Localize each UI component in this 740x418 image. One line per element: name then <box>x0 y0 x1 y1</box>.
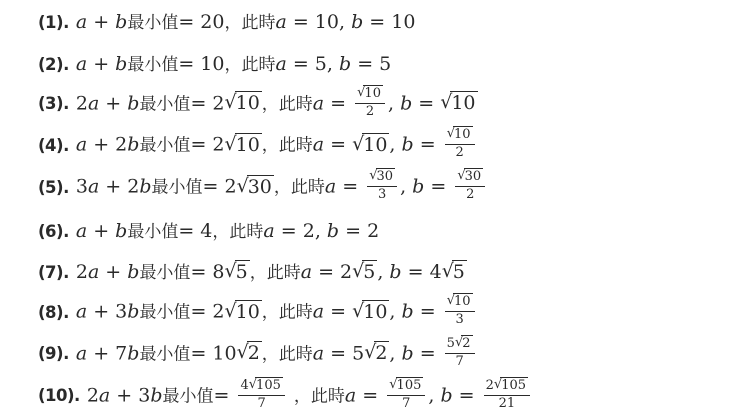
radical-sign-icon: √ <box>357 86 365 101</box>
item-number-label: (4). <box>38 136 69 155</box>
math-variable: a <box>263 220 274 242</box>
math-text: , <box>389 301 401 323</box>
answer-line-content: (3).2a + b最小值= 2√10，此時a = √102, b = √10 <box>38 87 478 122</box>
chinese-text: 最小值 <box>152 178 203 198</box>
math-variable: a <box>313 301 324 323</box>
radicand: 10 <box>453 126 473 143</box>
chinese-text: ，此時 <box>224 13 275 33</box>
answer-line: (10).2a + 3b最小值= 4√1057 ，此時a = √1057, b … <box>38 375 740 417</box>
item-number-label: (2). <box>38 55 69 74</box>
chinese-text: 最小值 <box>127 55 178 75</box>
radicand: 10 <box>453 293 473 310</box>
math-text: = <box>336 176 364 198</box>
math-text: = <box>412 92 440 114</box>
square-root: √30 <box>457 168 483 185</box>
radicand: 10 <box>235 300 262 324</box>
radicand: 105 <box>255 377 283 394</box>
answer-line-content: (1).a + b最小值= 20，此時a = 10, b = 10 <box>38 8 415 33</box>
math-variable: a <box>76 11 87 33</box>
math-text: = 2 <box>203 176 237 198</box>
math-text: 2 <box>486 378 494 393</box>
math-variable: b <box>150 384 162 406</box>
math-variable: b <box>351 11 363 33</box>
math-text: = 2 <box>312 261 352 283</box>
chinese-text: 最小值 <box>163 386 214 406</box>
math-text: = 10 <box>190 342 236 364</box>
fraction-denominator: 7 <box>445 354 475 370</box>
math-text: , <box>388 92 400 114</box>
math-text: = <box>414 342 442 364</box>
radical-sign-icon: √ <box>457 169 465 184</box>
math-variable: a <box>76 301 87 323</box>
square-root: √2 <box>455 335 473 352</box>
math-text: + 3 <box>87 301 127 323</box>
answer-line: (1).a + b最小值= 20，此時a = 10, b = 10 <box>38 0 740 42</box>
chinese-text: ，此時 <box>274 178 325 198</box>
math-text: = 5, <box>287 53 339 75</box>
math-variable: b <box>339 53 351 75</box>
fraction-numerator: √30 <box>455 168 485 187</box>
math-text: = <box>324 301 352 323</box>
answer-line: (2).a + b最小值= 10，此時a = 5, b = 5 <box>38 42 740 84</box>
math-text: = 2, <box>275 220 327 242</box>
fraction: √102 <box>355 85 385 120</box>
radical-sign-icon: √ <box>455 336 463 351</box>
math-text: = 2 <box>339 220 379 242</box>
math-variable: a <box>275 53 286 75</box>
math-text: , <box>389 134 401 156</box>
radical-sign-icon: √ <box>442 260 454 282</box>
math-variable: b <box>402 301 414 323</box>
math-variable: a <box>275 11 286 33</box>
chinese-text: ，此時 <box>262 94 313 114</box>
item-number-label: (6). <box>38 222 69 241</box>
math-variable: b <box>327 220 339 242</box>
math-text: 2 <box>76 92 88 114</box>
math-variable: a <box>345 384 356 406</box>
math-text: , <box>400 176 412 198</box>
radicand: 2 <box>247 341 262 365</box>
radical-sign-icon: √ <box>352 260 364 282</box>
chinese-text: 最小值 <box>139 136 190 156</box>
square-root: √10 <box>447 293 473 310</box>
math-text: = 10, <box>287 11 351 33</box>
math-text: 5 <box>447 336 455 351</box>
math-text: + 7 <box>87 342 127 364</box>
radical-sign-icon: √ <box>237 175 249 197</box>
chinese-text: 最小值 <box>127 13 178 33</box>
item-number-label: (10). <box>38 386 80 405</box>
answer-line: (7).2a + b最小值= 8√5，此時a = 2√5, b = 4√5 <box>38 250 740 292</box>
radicand: 105 <box>396 377 424 394</box>
math-text: 21 <box>499 396 516 411</box>
math-text: 3 <box>455 312 463 327</box>
math-text: + <box>87 53 115 75</box>
fraction-numerator: √10 <box>445 126 475 145</box>
math-variable: b <box>440 384 452 406</box>
math-variable: b <box>127 301 139 323</box>
math-variable: b <box>127 92 139 114</box>
chinese-text: ，此時 <box>262 136 313 156</box>
fraction-denominator: 2 <box>355 104 385 120</box>
math-text: = 10 <box>363 11 415 33</box>
answer-line-content: (10).2a + 3b最小值= 4√1057 ，此時a = √1057, b … <box>38 379 533 414</box>
fraction-numerator: √105 <box>387 377 425 396</box>
chinese-text: 最小值 <box>139 263 190 283</box>
radical-sign-icon: √ <box>352 300 364 322</box>
item-number-label: (7). <box>38 263 69 282</box>
square-root: √2 <box>237 341 262 365</box>
math-variable: a <box>313 342 324 364</box>
square-root: √30 <box>369 168 395 185</box>
fraction: √1057 <box>387 377 425 412</box>
radical-sign-icon: √ <box>352 133 364 155</box>
math-variable: a <box>301 261 312 283</box>
answer-line-content: (9).a + 7b最小值= 10√2，此時a = 5√2, b = 5√27 <box>38 337 478 372</box>
math-variable: b <box>127 261 139 283</box>
radicand: 10 <box>362 300 389 324</box>
math-text: = 4 <box>178 220 212 242</box>
square-root: √10 <box>440 91 477 115</box>
math-text: + 2 <box>87 134 127 156</box>
math-text: = 20 <box>178 11 224 33</box>
math-variable: a <box>76 342 87 364</box>
fraction-denominator: 7 <box>238 396 284 412</box>
fraction-denominator: 21 <box>484 396 530 412</box>
fraction-numerator: 2√105 <box>484 377 530 396</box>
math-variable: b <box>402 342 414 364</box>
square-root: √10 <box>352 133 389 157</box>
radicand: 5 <box>235 260 250 284</box>
chinese-text: 最小值 <box>139 344 190 364</box>
fraction-denominator: 7 <box>387 396 425 412</box>
radical-sign-icon: √ <box>494 378 502 393</box>
math-variable: a <box>76 220 87 242</box>
square-root: √10 <box>352 300 389 324</box>
radicand: 2 <box>374 341 389 365</box>
math-text: = 10 <box>178 53 224 75</box>
radicand: 5 <box>362 260 377 284</box>
radicand: 10 <box>450 91 477 115</box>
answer-line-content: (6).a + b最小值= 4，此時a = 2, b = 2 <box>38 217 379 242</box>
math-text: 7 <box>455 354 463 369</box>
radical-sign-icon: √ <box>389 378 397 393</box>
math-variable: b <box>400 92 412 114</box>
item-number-label: (5). <box>38 178 69 197</box>
math-text: 2 <box>87 384 99 406</box>
math-variable: a <box>325 176 336 198</box>
radical-sign-icon: √ <box>225 91 237 113</box>
radicand: 10 <box>363 85 383 102</box>
math-text: = 2 <box>190 92 224 114</box>
math-variable: b <box>139 176 151 198</box>
radicand: 10 <box>235 133 262 157</box>
item-number-label: (3). <box>38 94 69 113</box>
radical-sign-icon: √ <box>364 341 376 363</box>
math-variable: b <box>389 261 401 283</box>
fraction-denominator: 3 <box>367 187 397 203</box>
answer-sheet: (1).a + b最小值= 20，此時a = 10, b = 10(2).a +… <box>0 0 740 417</box>
fraction-numerator: √30 <box>367 168 397 187</box>
math-variable: b <box>412 176 424 198</box>
math-text: = <box>414 134 442 156</box>
math-text: , <box>377 261 389 283</box>
fraction: √303 <box>367 168 397 203</box>
square-root: √5 <box>352 260 377 284</box>
math-text: 2 <box>466 187 474 202</box>
square-root: √10 <box>357 85 383 102</box>
answer-line: (4).a + 2b最小值= 2√10，此時a = √10, b = √102 <box>38 125 740 167</box>
radical-sign-icon: √ <box>369 169 377 184</box>
answer-line-content: (5).3a + 2b最小值= 2√30，此時a = √303, b = √30… <box>38 170 488 205</box>
square-root: √10 <box>225 300 262 324</box>
math-text: 2 <box>455 145 463 160</box>
math-text: + 3 <box>110 384 150 406</box>
square-root: √105 <box>494 377 528 394</box>
square-root: √105 <box>249 377 283 394</box>
fraction-numerator: √10 <box>355 85 385 104</box>
math-text: 3 <box>76 176 88 198</box>
math-text: = <box>414 301 442 323</box>
math-text: = <box>324 134 352 156</box>
fraction-numerator: √10 <box>445 293 475 312</box>
math-text: + <box>87 220 115 242</box>
fraction: 4√1057 <box>238 377 284 412</box>
square-root: √30 <box>237 175 274 199</box>
math-variable: a <box>76 53 87 75</box>
square-root: √10 <box>447 126 473 143</box>
fraction: 2√10521 <box>484 377 530 412</box>
fraction-denominator: 2 <box>445 145 475 161</box>
math-variable: a <box>313 134 324 156</box>
chinese-text: ，此時 <box>250 263 301 283</box>
item-number-label: (9). <box>38 344 69 363</box>
math-variable: b <box>402 134 414 156</box>
answer-list: (1).a + b最小值= 20，此時a = 10, b = 10(2).a +… <box>38 0 740 417</box>
answer-line-content: (7).2a + b最小值= 8√5，此時a = 2√5, b = 4√5 <box>38 258 467 284</box>
chinese-text: ，此時 <box>262 303 313 323</box>
fraction-denominator: 2 <box>455 187 485 203</box>
math-text: = 2 <box>190 301 224 323</box>
answer-line-content: (2).a + b最小值= 10，此時a = 5, b = 5 <box>38 50 391 75</box>
radicand: 5 <box>452 260 467 284</box>
chinese-text: 最小值 <box>139 94 190 114</box>
math-text: + <box>99 92 127 114</box>
radical-sign-icon: √ <box>447 294 455 309</box>
fraction-numerator: 4√105 <box>238 377 284 396</box>
chinese-text: ，此時 <box>224 55 275 75</box>
fraction: √302 <box>455 168 485 203</box>
item-number-label: (1). <box>38 13 69 32</box>
square-root: √10 <box>225 133 262 157</box>
square-root: √5 <box>225 260 250 284</box>
answer-line: (5).3a + 2b最小值= 2√30，此時a = √303, b = √30… <box>38 167 740 209</box>
radicand: 10 <box>235 91 262 115</box>
math-text: + 2 <box>99 176 139 198</box>
math-text: = 4 <box>402 261 442 283</box>
math-text: = 5 <box>351 53 391 75</box>
fraction-numerator: 5√2 <box>445 335 475 354</box>
fraction-denominator: 3 <box>445 312 475 328</box>
square-root: √10 <box>225 91 262 115</box>
radical-sign-icon: √ <box>440 91 452 113</box>
answer-line-content: (8).a + 3b最小值= 2√10，此時a = √10, b = √103 <box>38 295 478 330</box>
math-text: 7 <box>258 396 266 411</box>
fraction: √103 <box>445 293 475 328</box>
math-text: 4 <box>240 378 248 393</box>
radicand: 30 <box>464 168 484 185</box>
math-variable: a <box>313 92 324 114</box>
math-text: , <box>389 342 401 364</box>
math-text: = <box>324 92 352 114</box>
chinese-text: ，此時 <box>212 222 263 242</box>
radical-sign-icon: √ <box>225 300 237 322</box>
math-text: 2 <box>76 261 88 283</box>
math-variable: b <box>115 53 127 75</box>
chinese-text: ，此時 <box>294 386 345 406</box>
radical-sign-icon: √ <box>249 378 257 393</box>
answer-line: (3).2a + b最小值= 2√10，此時a = √102, b = √10 <box>38 83 740 125</box>
answer-line: (8).a + 3b最小值= 2√10，此時a = √10, b = √103 <box>38 292 740 334</box>
radical-sign-icon: √ <box>237 341 249 363</box>
answer-line: (9).a + 7b最小值= 10√2，此時a = 5√2, b = 5√27 <box>38 334 740 376</box>
square-root: √2 <box>364 341 389 365</box>
math-variable: b <box>115 11 127 33</box>
item-number-label: (8). <box>38 303 69 322</box>
math-text: 7 <box>402 396 410 411</box>
square-root: √105 <box>389 377 423 394</box>
math-text: 2 <box>366 104 374 119</box>
chinese-text: 最小值 <box>127 222 178 242</box>
answer-line: (6).a + b最小值= 4，此時a = 2, b = 2 <box>38 208 740 250</box>
answer-line-content: (4).a + 2b最小值= 2√10，此時a = √10, b = √102 <box>38 128 478 163</box>
math-text: = 8 <box>190 261 224 283</box>
math-text: = <box>214 384 236 406</box>
math-variable: b <box>115 220 127 242</box>
fraction: 5√27 <box>445 335 475 370</box>
math-variable: a <box>88 92 99 114</box>
fraction: √102 <box>445 126 475 161</box>
math-text: = <box>453 384 481 406</box>
radical-sign-icon: √ <box>225 133 237 155</box>
math-variable: a <box>88 176 99 198</box>
radicand: 10 <box>362 133 389 157</box>
math-text: 3 <box>378 187 386 202</box>
math-text: + <box>87 11 115 33</box>
math-text: , <box>428 384 440 406</box>
math-text: = <box>424 176 452 198</box>
math-text: + <box>99 261 127 283</box>
radical-sign-icon: √ <box>447 127 455 142</box>
radicand: 30 <box>247 175 274 199</box>
radicand: 105 <box>500 377 528 394</box>
math-variable: a <box>76 134 87 156</box>
chinese-text: ，此時 <box>262 344 313 364</box>
math-text: = 5 <box>324 342 364 364</box>
square-root: √5 <box>442 260 467 284</box>
math-variable: b <box>127 134 139 156</box>
math-variable: a <box>88 261 99 283</box>
radical-sign-icon: √ <box>225 260 237 282</box>
math-variable: a <box>99 384 110 406</box>
radicand: 30 <box>376 168 396 185</box>
math-text: = <box>356 384 384 406</box>
math-text: = 2 <box>190 134 224 156</box>
chinese-text: 最小值 <box>139 303 190 323</box>
math-variable: b <box>127 342 139 364</box>
